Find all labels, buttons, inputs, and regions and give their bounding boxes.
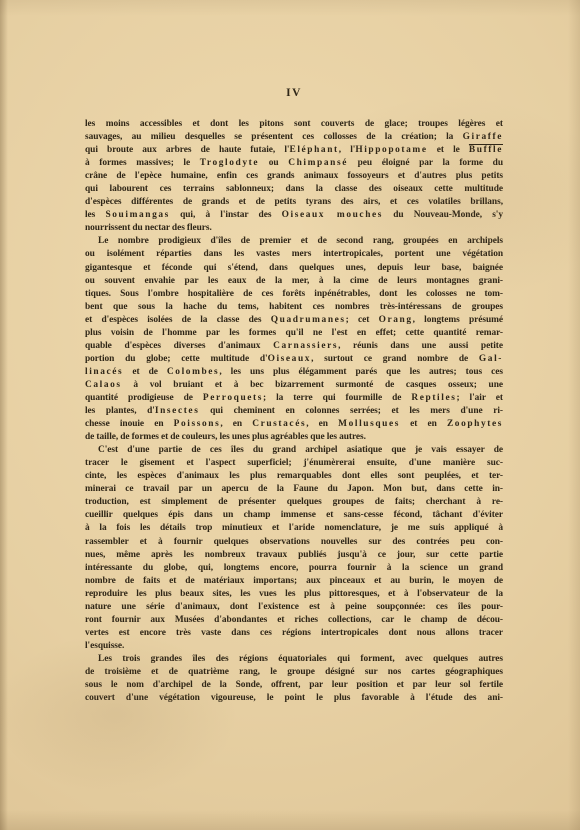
text-line: l'esquisse. bbox=[85, 640, 503, 653]
text-line: à formes massives; le Troglodyte ou Chim… bbox=[85, 157, 503, 170]
text-line: sous le nom d'archipel de la Sonde, offr… bbox=[85, 679, 503, 692]
text-line: nourrissent du nectar des fleurs. bbox=[85, 222, 503, 235]
text-line: de taille, de formes et de couleurs, les… bbox=[85, 431, 503, 444]
text-line: rassembler et à fournir quelques observa… bbox=[85, 536, 503, 549]
text-line: d'espèces différentes de grands et de pe… bbox=[85, 196, 503, 209]
species-name: Chimpansé bbox=[288, 158, 348, 168]
species-name: Hippopotame bbox=[355, 145, 427, 155]
paragraph: Les trois grandes îles des régions équat… bbox=[85, 653, 503, 705]
text-column: IV les moins accessibles et dont les pit… bbox=[85, 86, 503, 705]
species-name: Zoophytes bbox=[447, 419, 503, 429]
page-number: IV bbox=[85, 86, 503, 100]
text-line: Les trois grandes îles des régions équat… bbox=[85, 653, 503, 666]
text-line: troduction, est simplement de présenter … bbox=[85, 496, 503, 509]
species-name: Crustacés bbox=[252, 419, 306, 429]
text-line: les plantes, d'Insectes qui cheminent en… bbox=[85, 405, 503, 418]
species-name: Insectes bbox=[155, 406, 200, 416]
species-name: Oiseaux bbox=[268, 354, 312, 364]
text-line: nombre de faits et de matériaux importan… bbox=[85, 575, 503, 588]
paragraph: C'est d'une partie de ces îles du grand … bbox=[85, 444, 503, 653]
species-name: Mollusques bbox=[338, 419, 400, 429]
text-line: vertes est encore très vaste dans ces ré… bbox=[85, 627, 503, 640]
text-line: qui broute aux arbres de haute futaie, l… bbox=[85, 144, 503, 157]
species-name: Carnassiers bbox=[273, 341, 338, 351]
text-line: cueillir quelques épis dans un champ imm… bbox=[85, 509, 503, 522]
text-line: quantité prodigieuse de Perroquets; la t… bbox=[85, 392, 503, 405]
text-line: nues, même après les nombreux travaux pu… bbox=[85, 549, 503, 562]
text-line: Le nombre prodigieux d'îles de premier e… bbox=[85, 235, 503, 248]
text-line: tiques. Sous l'ombre hospitalière de ces… bbox=[85, 288, 503, 301]
text-line: de troisième et de quatrième rang, le gr… bbox=[85, 666, 503, 679]
paragraph: les moins accessibles et dont les pitons… bbox=[85, 118, 503, 235]
text-body: les moins accessibles et dont les pitons… bbox=[85, 118, 503, 705]
text-line: gigantesque et féconde qui s'étend, dans… bbox=[85, 262, 503, 275]
species-name: Perroquets bbox=[203, 393, 263, 403]
text-line: couvert d'une végétation vigoureuse, le … bbox=[85, 692, 503, 705]
text-line: ront fournir aux Musées d'abondantes et … bbox=[85, 614, 503, 627]
text-line: qui labourent ces terrains sablonneux; d… bbox=[85, 183, 503, 196]
text-line: cinte, les espèces d'animaux les plus re… bbox=[85, 470, 503, 483]
species-name: Orang bbox=[379, 315, 413, 325]
text-line: minerai ce travail par un apercu de la F… bbox=[85, 483, 503, 496]
text-line: quable d'espèces diverses d'animaux Carn… bbox=[85, 340, 503, 353]
species-name: linacés bbox=[85, 367, 123, 377]
text-line: et d'espèces isolées de la classe des Qu… bbox=[85, 314, 503, 327]
text-line: tracer le gisement et l'aspect superfici… bbox=[85, 457, 503, 470]
text-line: Calaos à vol bruiant et à bec bizarremen… bbox=[85, 379, 503, 392]
species-name: Calaos bbox=[85, 380, 122, 390]
text-line: portion du globe; cette multitude d'Oise… bbox=[85, 353, 503, 366]
text-line: linacés et de Colombes, les uns plus élé… bbox=[85, 366, 503, 379]
species-name: Poissons bbox=[174, 419, 221, 429]
text-line: crâne de l'epèce humaine, enfin ces gran… bbox=[85, 170, 503, 183]
text-line: nature une série d'animaux, dont l'exist… bbox=[85, 601, 503, 614]
species-name: Quadrumanes bbox=[271, 315, 346, 325]
text-line: ou isolément réparties dans les vastes m… bbox=[85, 248, 503, 261]
species-name: Giraffe bbox=[463, 132, 503, 142]
paragraph: Le nombre prodigieux d'îles de premier e… bbox=[85, 235, 503, 444]
species-name: Troglodyte bbox=[200, 158, 259, 168]
text-line: chesse inouie en Poissons, en Crustacés,… bbox=[85, 418, 503, 431]
species-name: Colombes bbox=[167, 367, 219, 377]
text-line: bent que sous la hache du tems, habitent… bbox=[85, 301, 503, 314]
text-line: ou souvent envahie par les eaux de la me… bbox=[85, 275, 503, 288]
text-line: à la fois les détails trop minutieux et … bbox=[85, 522, 503, 535]
text-line: les Souimangas qui, à l'instar des Oisea… bbox=[85, 209, 503, 222]
species-name-overlined: Buffle bbox=[469, 145, 503, 155]
text-line: plus voisin de l'homme par les formes qu… bbox=[85, 327, 503, 340]
text-line: intéressante du globe, qui, longtems enc… bbox=[85, 562, 503, 575]
text-line: reproduire les plus beaux sites, les vue… bbox=[85, 588, 503, 601]
text-line: les moins accessibles et dont les pitons… bbox=[85, 118, 503, 131]
species-name: Oiseaux mouches bbox=[282, 210, 383, 220]
species-name: Reptiles bbox=[411, 393, 456, 403]
species-name: Gal- bbox=[479, 354, 503, 364]
text-line: sauvages, au milieu desquelles se présen… bbox=[85, 131, 503, 144]
species-name: Souimangas bbox=[105, 210, 169, 220]
text-line: C'est d'une partie de ces îles du grand … bbox=[85, 444, 503, 457]
species-name: Eléphant bbox=[289, 145, 338, 155]
scanned-book-page: IV les moins accessibles et dont les pit… bbox=[0, 0, 580, 830]
